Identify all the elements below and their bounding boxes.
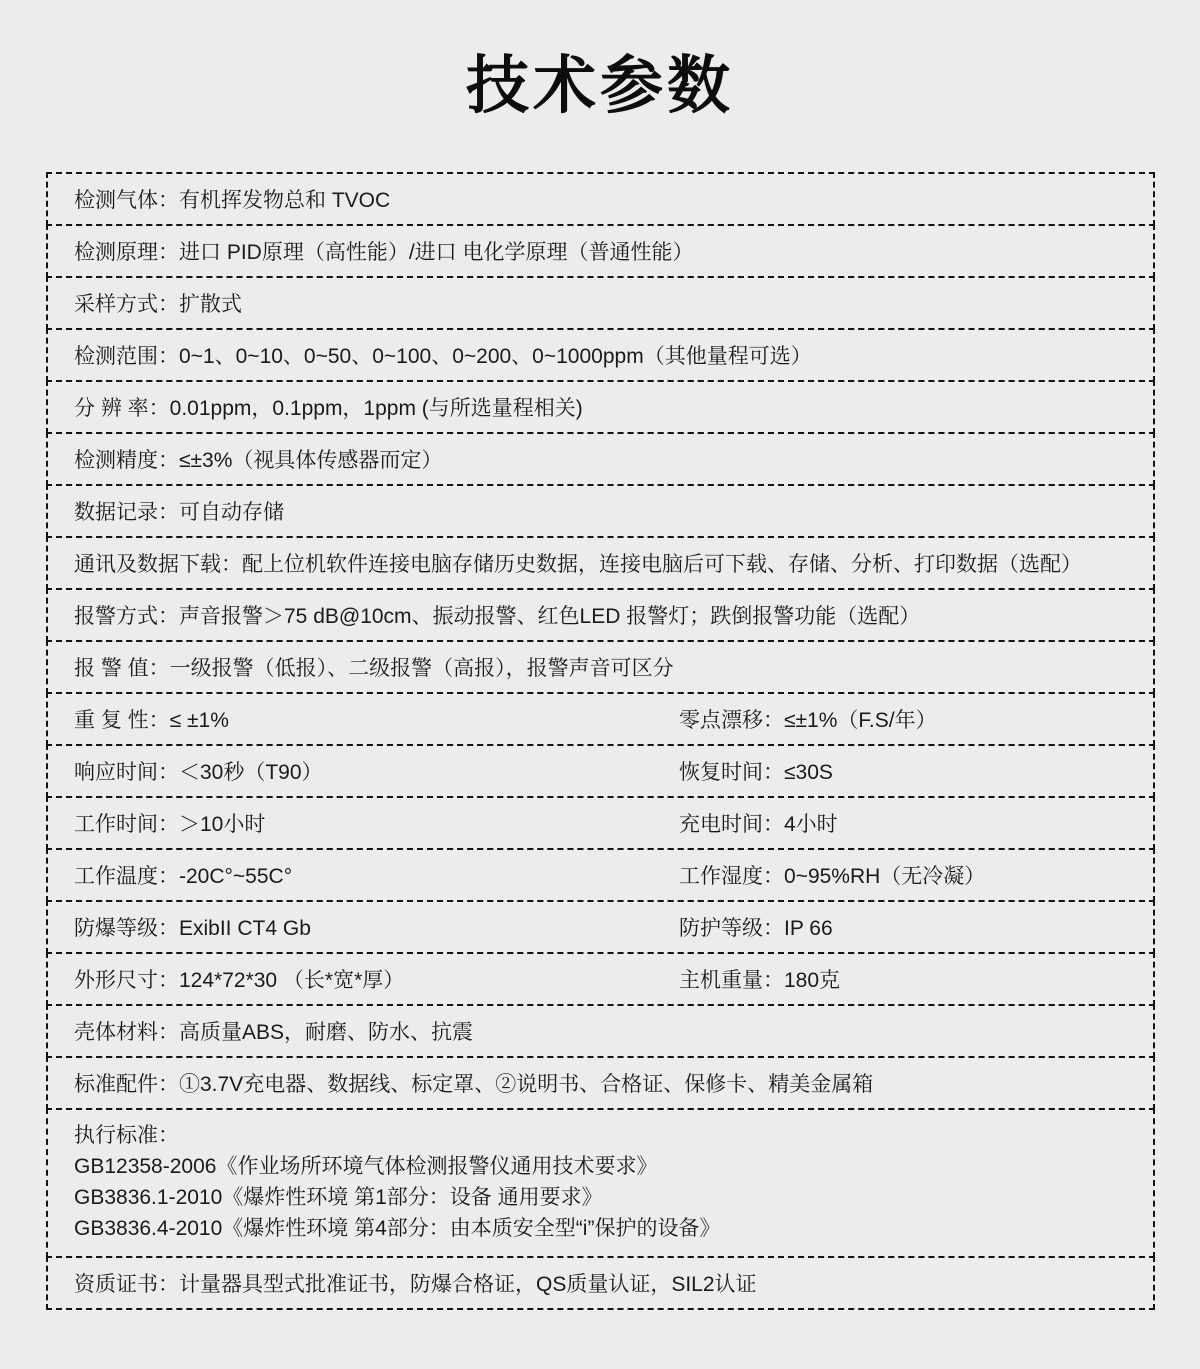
spec-cell: 外形尺寸：124*72*30 （长*宽*厚） <box>74 964 679 994</box>
spec-row-housing-material: 壳体材料：高质量ABS，耐磨、防水、抗震 <box>46 1004 1155 1058</box>
spec-row-detect-range: 检测范围：0~1、0~10、0~50、0~100、0~200、0~1000ppm… <box>46 328 1155 382</box>
spec-cell: 防爆等级：ExibII CT4 Gb <box>74 912 679 942</box>
spec-row-repeatability-zero-drift: 重 复 性：≤ ±1% 零点漂移：≤±1%（F.S/年） <box>46 692 1155 746</box>
spec-cell: 检测气体：有机挥发物总和 TVOC <box>74 184 390 214</box>
spec-cell: 响应时间：＜30秒（T90） <box>74 756 679 786</box>
spec-row-accuracy: 检测精度：≤±3%（视具体传感器而定） <box>46 432 1155 486</box>
spec-cell: 通讯及数据下载：配上位机软件连接电脑存储历史数据，连接电脑后可下载、存储、分析、… <box>74 548 1082 578</box>
spec-cell: 分 辨 率：0.01ppm，0.1ppm，1ppm (与所选量程相关) <box>74 392 583 422</box>
spec-line: GB12358-2006《作业场所环境气体检测报警仪通用技术要求》 <box>74 1151 1135 1182</box>
spec-cell: 工作时间：＞10小时 <box>74 808 679 838</box>
spec-cell: 报警方式：声音报警＞75 dB@10cm、振动报警、红色LED 报警灯；跌倒报警… <box>74 600 920 630</box>
spec-row-executive-standards: 执行标准： GB12358-2006《作业场所环境气体检测报警仪通用技术要求》 … <box>46 1108 1155 1258</box>
spec-cell: 工作温度：-20C°~55C° <box>74 860 679 890</box>
spec-cell: 重 复 性：≤ ±1% <box>74 704 679 734</box>
spec-row-alarm-mode: 报警方式：声音报警＞75 dB@10cm、振动报警、红色LED 报警灯；跌倒报警… <box>46 588 1155 642</box>
spec-cell: 资质证书：计量器具型式批准证书，防爆合格证，QS质量认证，SIL2认证 <box>74 1268 757 1298</box>
spec-cell: 数据记录：可自动存储 <box>74 496 284 526</box>
spec-line: GB3836.4-2010《爆炸性环境 第4部分：由本质安全型“i”保护的设备》 <box>74 1213 1135 1244</box>
spec-row-dimensions-weight: 外形尺寸：124*72*30 （长*宽*厚） 主机重量：180克 <box>46 952 1155 1006</box>
spec-cell: 恢复时间：≤30S <box>679 756 833 786</box>
spec-row-temp-humidity: 工作温度：-20C°~55C° 工作湿度：0~95%RH（无冷凝） <box>46 848 1155 902</box>
spec-table: 检测气体：有机挥发物总和 TVOC 检测原理：进口 PID原理（高性能）/进口 … <box>46 172 1155 1310</box>
spec-row-response-recovery-time: 响应时间：＜30秒（T90） 恢复时间：≤30S <box>46 744 1155 798</box>
spec-cell: 采样方式：扩散式 <box>74 288 242 318</box>
spec-cell: 检测范围：0~1、0~10、0~50、0~100、0~200、0~1000ppm… <box>74 340 812 370</box>
spec-cell: 检测原理：进口 PID原理（高性能）/进口 电化学原理（普通性能） <box>74 236 694 266</box>
spec-row-explosion-protection: 防爆等级：ExibII CT4 Gb 防护等级：IP 66 <box>46 900 1155 954</box>
spec-row-working-charging-time: 工作时间：＞10小时 充电时间：4小时 <box>46 796 1155 850</box>
spec-sheet-page: 技术参数 检测气体：有机挥发物总和 TVOC 检测原理：进口 PID原理（高性能… <box>0 0 1200 1369</box>
spec-row-resolution: 分 辨 率：0.01ppm，0.1ppm，1ppm (与所选量程相关) <box>46 380 1155 434</box>
spec-row-detect-principle: 检测原理：进口 PID原理（高性能）/进口 电化学原理（普通性能） <box>46 224 1155 278</box>
spec-cell: 零点漂移：≤±1%（F.S/年） <box>679 704 937 734</box>
spec-line: GB3836.1-2010《爆炸性环境 第1部分：设备 通用要求》 <box>74 1182 1135 1213</box>
spec-row-alarm-value: 报 警 值：一级报警（低报）、二级报警（高报），报警声音可区分 <box>46 640 1155 694</box>
spec-row-detect-gas: 检测气体：有机挥发物总和 TVOC <box>46 172 1155 226</box>
spec-cell: 报 警 值：一级报警（低报）、二级报警（高报），报警声音可区分 <box>74 652 674 682</box>
spec-cell: 标准配件：①3.7V充电器、数据线、标定罩、②说明书、合格证、保修卡、精美金属箱 <box>74 1068 873 1098</box>
spec-row-sampling-method: 采样方式：扩散式 <box>46 276 1155 330</box>
spec-cell: 主机重量：180克 <box>679 964 840 994</box>
spec-cell: 充电时间：4小时 <box>679 808 838 838</box>
spec-row-standard-accessories: 标准配件：①3.7V充电器、数据线、标定罩、②说明书、合格证、保修卡、精美金属箱 <box>46 1056 1155 1110</box>
page-title: 技术参数 <box>0 0 1200 122</box>
spec-line: 执行标准： <box>74 1120 1135 1151</box>
spec-cell: 壳体材料：高质量ABS，耐磨、防水、抗震 <box>74 1016 473 1046</box>
spec-cell: 防护等级：IP 66 <box>679 912 833 942</box>
spec-row-data-logging: 数据记录：可自动存储 <box>46 484 1155 538</box>
spec-row-certificates: 资质证书：计量器具型式批准证书，防爆合格证，QS质量认证，SIL2认证 <box>46 1256 1155 1310</box>
spec-cell: 工作湿度：0~95%RH（无冷凝） <box>679 860 985 890</box>
spec-row-data-download: 通讯及数据下载：配上位机软件连接电脑存储历史数据，连接电脑后可下载、存储、分析、… <box>46 536 1155 590</box>
spec-cell: 检测精度：≤±3%（视具体传感器而定） <box>74 444 442 474</box>
